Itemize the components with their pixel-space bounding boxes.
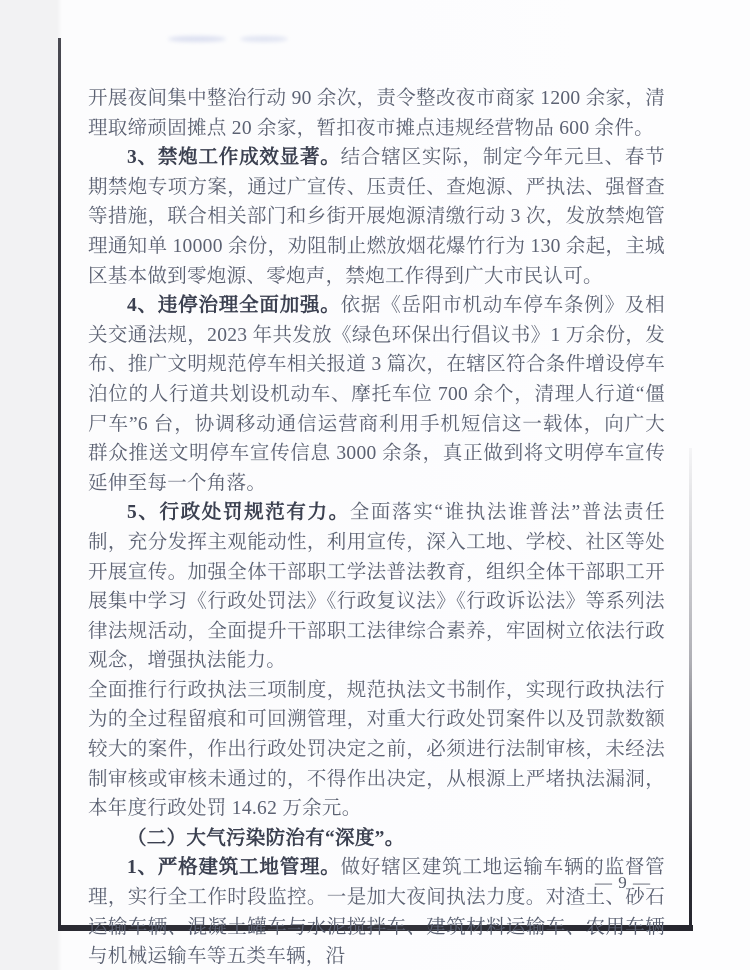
page-right-border xyxy=(689,448,692,926)
ink-bleed-smudge xyxy=(168,36,226,42)
paragraph-law-enforcement: 全面推行行政执法三项制度，规范执法文书制作，实现行政执法行为的全过程留痕和可回溯… xyxy=(88,676,665,824)
paragraph-bold-lead: 4、违停治理全面加强。 xyxy=(127,295,341,316)
section-heading-text: （二）大气污染防治有“深度”。 xyxy=(127,828,405,849)
paragraph-bold-lead: 1、严格建筑工地管理。 xyxy=(127,857,341,878)
paragraph-bold-lead: 5、行政处罚规范有力。 xyxy=(127,502,350,523)
paragraph-item-4: 4、违停治理全面加强。依据《岳阳市机动车停车条例》及相关交通法规，2023 年共… xyxy=(88,291,665,498)
paragraph-bold-lead: 3、禁炮工作成效显著。 xyxy=(127,147,341,168)
paragraph-text: 开展夜间集中整治行动 90 余次，责令整改夜市商家 1200 余家，清理取缔顽固… xyxy=(88,88,665,139)
section-heading-air-pollution: （二）大气污染防治有“深度”。 xyxy=(88,824,665,854)
paragraph-continuation: 开展夜间集中整治行动 90 余次，责令整改夜市商家 1200 余家，清理取缔顽固… xyxy=(88,84,665,143)
ink-bleed-smudge xyxy=(240,36,288,42)
paragraph-text: 全面落实“谁执法谁普法”普法责任制，充分发挥主观能动性，利用宣传，深入工地、学校… xyxy=(88,502,665,671)
page-left-border xyxy=(58,38,61,930)
page-number: — 9 — xyxy=(595,873,692,893)
paragraph-item-3: 3、禁炮工作成效显著。结合辖区实际，制定今年元旦、春节期禁炮专项方案，通过广宣传… xyxy=(88,143,665,291)
paragraph-text: 依据《岳阳市机动车停车条例》及相关交通法规，2023 年共发放《绿色环保出行倡议… xyxy=(88,295,665,494)
document-body: 开展夜间集中整治行动 90 余次，责令整改夜市商家 1200 余家，清理取缔顽固… xyxy=(88,84,665,970)
scanned-page: 开展夜间集中整治行动 90 余次，责令整改夜市商家 1200 余家，清理取缔顽固… xyxy=(0,0,750,970)
paragraph-item-5: 5、行政处罚规范有力。全面落实“谁执法谁普法”普法责任制，充分发挥主观能动性，利… xyxy=(88,498,665,676)
paragraph-text: 全面推行行政执法三项制度，规范执法文书制作，实现行政执法行为的全过程留痕和可回溯… xyxy=(88,680,665,819)
paragraph-item-1-construction: 1、严格建筑工地管理。做好辖区建筑工地运输车辆的监督管理，实行全工作时段监控。一… xyxy=(88,853,665,970)
